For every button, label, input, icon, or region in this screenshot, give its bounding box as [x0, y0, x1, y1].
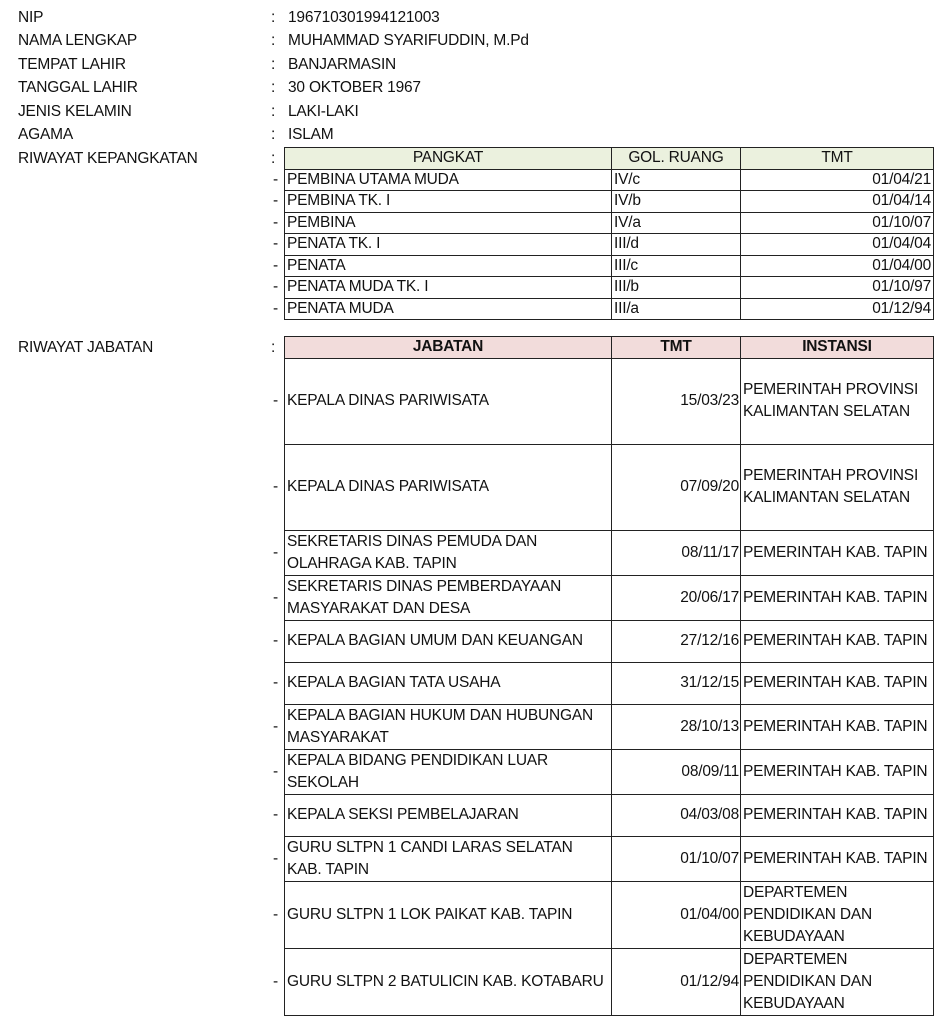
row-bullet: -: [273, 544, 278, 562]
table-row: PEMBINA TK. IIV/b01/04/14: [285, 191, 934, 213]
jabatan-cell: KEPALA BAGIAN UMUM DAN KEUANGAN: [285, 620, 612, 662]
row-bullet: -: [273, 235, 278, 253]
table-row: PENATA TK. IIII/d01/04/04: [285, 234, 934, 256]
instansi-cell: PEMERINTAH KAB. TAPIN: [741, 836, 934, 881]
info-colon: :: [271, 6, 275, 29]
tmt-cell: 07/09/20: [612, 444, 741, 530]
row-bullet: -: [273, 392, 278, 410]
row-bullet: -: [273, 478, 278, 496]
instansi-cell: PEMERINTAH KAB. TAPIN: [741, 662, 934, 704]
table-row: PEMBINA UTAMA MUDAIV/c01/04/21: [285, 169, 934, 191]
instansi-cell: DEPARTEMEN PENDIDIKAN DAN KEBUDAYAAN: [741, 881, 934, 948]
instansi-cell: PEMERINTAH KAB. TAPIN: [741, 530, 934, 575]
instansi-cell: DEPARTEMEN PENDIDIKAN DAN KEBUDAYAAN: [741, 948, 934, 1015]
tmt-cell: 01/04/00: [741, 255, 934, 277]
table-row: KEPALA SEKSI PEMBELAJARAN04/03/08PEMERIN…: [285, 794, 934, 836]
gol-ruang-cell: IV/b: [612, 191, 741, 213]
gol-ruang-cell: III/c: [612, 255, 741, 277]
tmt-cell: 27/12/16: [612, 620, 741, 662]
row-bullet: -: [273, 674, 278, 692]
info-colon: :: [271, 100, 275, 123]
jabatan-cell: KEPALA BIDANG PENDIDIKAN LUAR SEKOLAH: [285, 749, 612, 794]
table-row: KEPALA BAGIAN UMUM DAN KEUANGAN27/12/16P…: [285, 620, 934, 662]
jabatan-cell: KEPALA DINAS PARIWISATA: [285, 358, 612, 444]
tmt-cell: 15/03/23: [612, 358, 741, 444]
table-header-row: PANGKAT GOL. RUANG TMT: [285, 148, 934, 170]
table-row: GURU SLTPN 1 LOK PAIKAT KAB. TAPIN01/04/…: [285, 881, 934, 948]
info-value: 30 OKTOBER 1967: [288, 76, 421, 99]
info-label: JENIS KELAMIN: [18, 100, 132, 123]
pangkat-cell: PENATA MUDA TK. I: [285, 277, 612, 299]
info-value: ISLAM: [288, 123, 334, 146]
tmt-cell: 04/03/08: [612, 794, 741, 836]
info-row: AGAMA:ISLAM: [0, 123, 943, 146]
table-row: PENATA MUDA TK. IIII/b01/10/97: [285, 277, 934, 299]
info-label: TEMPAT LAHIR: [18, 53, 126, 76]
tmt-cell: 01/04/14: [741, 191, 934, 213]
instansi-cell: PEMERINTAH PROVINSI KALIMANTAN SELATAN: [741, 358, 934, 444]
table-row: KEPALA BAGIAN HUKUM DAN HUBUNGAN MASYARA…: [285, 704, 934, 749]
pangkat-cell: PEMBINA: [285, 212, 612, 234]
tmt-cell: 08/09/11: [612, 749, 741, 794]
pangkat-cell: PENATA TK. I: [285, 234, 612, 256]
tmt-cell: 28/10/13: [612, 704, 741, 749]
table-row: KEPALA BAGIAN TATA USAHA31/12/15PEMERINT…: [285, 662, 934, 704]
riwayat-kepangkatan-colon: :: [271, 147, 275, 170]
info-colon: :: [271, 123, 275, 146]
tmt-cell: 01/10/07: [741, 212, 934, 234]
info-row: TANGGAL LAHIR:30 OKTOBER 1967: [0, 76, 943, 99]
info-value: MUHAMMAD SYARIFUDDIN, M.Pd: [288, 29, 529, 52]
table-row: PENATA MUDAIII/a01/12/94: [285, 298, 934, 320]
jabatan-cell: KEPALA DINAS PARIWISATA: [285, 444, 612, 530]
instansi-cell: PEMERINTAH PROVINSI KALIMANTAN SELATAN: [741, 444, 934, 530]
riwayat-jabatan-label: RIWAYAT JABATAN: [18, 336, 153, 359]
info-row: NAMA LENGKAP:MUHAMMAD SYARIFUDDIN, M.Pd: [0, 29, 943, 52]
tmt-cell: 01/12/94: [741, 298, 934, 320]
jabatan-cell: KEPALA BAGIAN TATA USAHA: [285, 662, 612, 704]
instansi-cell: PEMERINTAH KAB. TAPIN: [741, 749, 934, 794]
column-header-jabatan: JABATAN: [285, 337, 612, 359]
info-label: TANGGAL LAHIR: [18, 76, 138, 99]
instansi-cell: PEMERINTAH KAB. TAPIN: [741, 704, 934, 749]
instansi-cell: PEMERINTAH KAB. TAPIN: [741, 794, 934, 836]
row-bullet: -: [273, 718, 278, 736]
table-row: KEPALA BIDANG PENDIDIKAN LUAR SEKOLAH08/…: [285, 749, 934, 794]
jabatan-cell: SEKRETARIS DINAS PEMBERDAYAAN MASYARAKAT…: [285, 575, 612, 620]
table-row: SEKRETARIS DINAS PEMUDA DAN OLAHRAGA KAB…: [285, 530, 934, 575]
row-bullet: -: [273, 278, 278, 296]
tmt-cell: 08/11/17: [612, 530, 741, 575]
pangkat-cell: PENATA: [285, 255, 612, 277]
info-colon: :: [271, 76, 275, 99]
row-bullet: -: [273, 763, 278, 781]
info-value: 196710301994121003: [288, 6, 440, 29]
instansi-cell: PEMERINTAH KAB. TAPIN: [741, 620, 934, 662]
info-value: LAKI-LAKI: [288, 100, 359, 123]
info-colon: :: [271, 29, 275, 52]
table-row: KEPALA DINAS PARIWISATA07/09/20PEMERINTA…: [285, 444, 934, 530]
info-label: NIP: [18, 6, 43, 29]
row-bullet: -: [273, 171, 278, 189]
gol-ruang-cell: III/b: [612, 277, 741, 299]
column-header-pangkat: PANGKAT: [285, 148, 612, 170]
column-header-gol-ruang: GOL. RUANG: [612, 148, 741, 170]
table-row: GURU SLTPN 2 BATULICIN KAB. KOTABARU01/1…: [285, 948, 934, 1015]
row-bullet: -: [273, 806, 278, 824]
riwayat-kepangkatan-label: RIWAYAT KEPANGKATAN: [18, 147, 198, 170]
tmt-cell: 20/06/17: [612, 575, 741, 620]
info-row: TEMPAT LAHIR:BANJARMASIN: [0, 53, 943, 76]
jabatan-cell: KEPALA BAGIAN HUKUM DAN HUBUNGAN MASYARA…: [285, 704, 612, 749]
row-bullet: -: [273, 906, 278, 924]
table-row: KEPALA DINAS PARIWISATA15/03/23PEMERINTA…: [285, 358, 934, 444]
tmt-cell: 01/12/94: [612, 948, 741, 1015]
instansi-cell: PEMERINTAH KAB. TAPIN: [741, 575, 934, 620]
info-row: NIP:196710301994121003: [0, 6, 943, 29]
jabatan-cell: GURU SLTPN 1 CANDI LARAS SELATAN KAB. TA…: [285, 836, 612, 881]
row-bullet: -: [273, 257, 278, 275]
table-header-row: JABATAN TMT INSTANSI: [285, 337, 934, 359]
column-header-instansi: INSTANSI: [741, 337, 934, 359]
table-row: PENATAIII/c01/04/00: [285, 255, 934, 277]
row-bullet: -: [273, 589, 278, 607]
table-row: GURU SLTPN 1 CANDI LARAS SELATAN KAB. TA…: [285, 836, 934, 881]
gol-ruang-cell: IV/c: [612, 169, 741, 191]
row-bullet: -: [273, 214, 278, 232]
info-row: JENIS KELAMIN:LAKI-LAKI: [0, 100, 943, 123]
pangkat-cell: PEMBINA UTAMA MUDA: [285, 169, 612, 191]
tmt-cell: 01/04/00: [612, 881, 741, 948]
row-bullet: -: [273, 192, 278, 210]
info-label: NAMA LENGKAP: [18, 29, 137, 52]
table-row: PEMBINAIV/a01/10/07: [285, 212, 934, 234]
tmt-cell: 31/12/15: [612, 662, 741, 704]
pangkat-cell: PENATA MUDA: [285, 298, 612, 320]
column-header-tmt: TMT: [741, 148, 934, 170]
riwayat-kepangkatan-table: PANGKAT GOL. RUANG TMT PEMBINA UTAMA MUD…: [284, 147, 934, 320]
tmt-cell: 01/04/04: [741, 234, 934, 256]
gol-ruang-cell: III/d: [612, 234, 741, 256]
tmt-cell: 01/10/07: [612, 836, 741, 881]
column-header-tmt: TMT: [612, 337, 741, 359]
jabatan-cell: GURU SLTPN 2 BATULICIN KAB. KOTABARU: [285, 948, 612, 1015]
gol-ruang-cell: III/a: [612, 298, 741, 320]
pangkat-cell: PEMBINA TK. I: [285, 191, 612, 213]
info-colon: :: [271, 53, 275, 76]
row-bullet: -: [273, 632, 278, 650]
row-bullet: -: [273, 300, 278, 318]
jabatan-cell: KEPALA SEKSI PEMBELAJARAN: [285, 794, 612, 836]
jabatan-cell: GURU SLTPN 1 LOK PAIKAT KAB. TAPIN: [285, 881, 612, 948]
gol-ruang-cell: IV/a: [612, 212, 741, 234]
riwayat-jabatan-colon: :: [271, 336, 275, 359]
row-bullet: -: [273, 850, 278, 868]
info-value: BANJARMASIN: [288, 53, 396, 76]
tmt-cell: 01/04/21: [741, 169, 934, 191]
tmt-cell: 01/10/97: [741, 277, 934, 299]
info-label: AGAMA: [18, 123, 73, 146]
riwayat-jabatan-table: JABATAN TMT INSTANSI KEPALA DINAS PARIWI…: [284, 336, 934, 1016]
table-row: SEKRETARIS DINAS PEMBERDAYAAN MASYARAKAT…: [285, 575, 934, 620]
jabatan-cell: SEKRETARIS DINAS PEMUDA DAN OLAHRAGA KAB…: [285, 530, 612, 575]
row-bullet: -: [273, 973, 278, 991]
